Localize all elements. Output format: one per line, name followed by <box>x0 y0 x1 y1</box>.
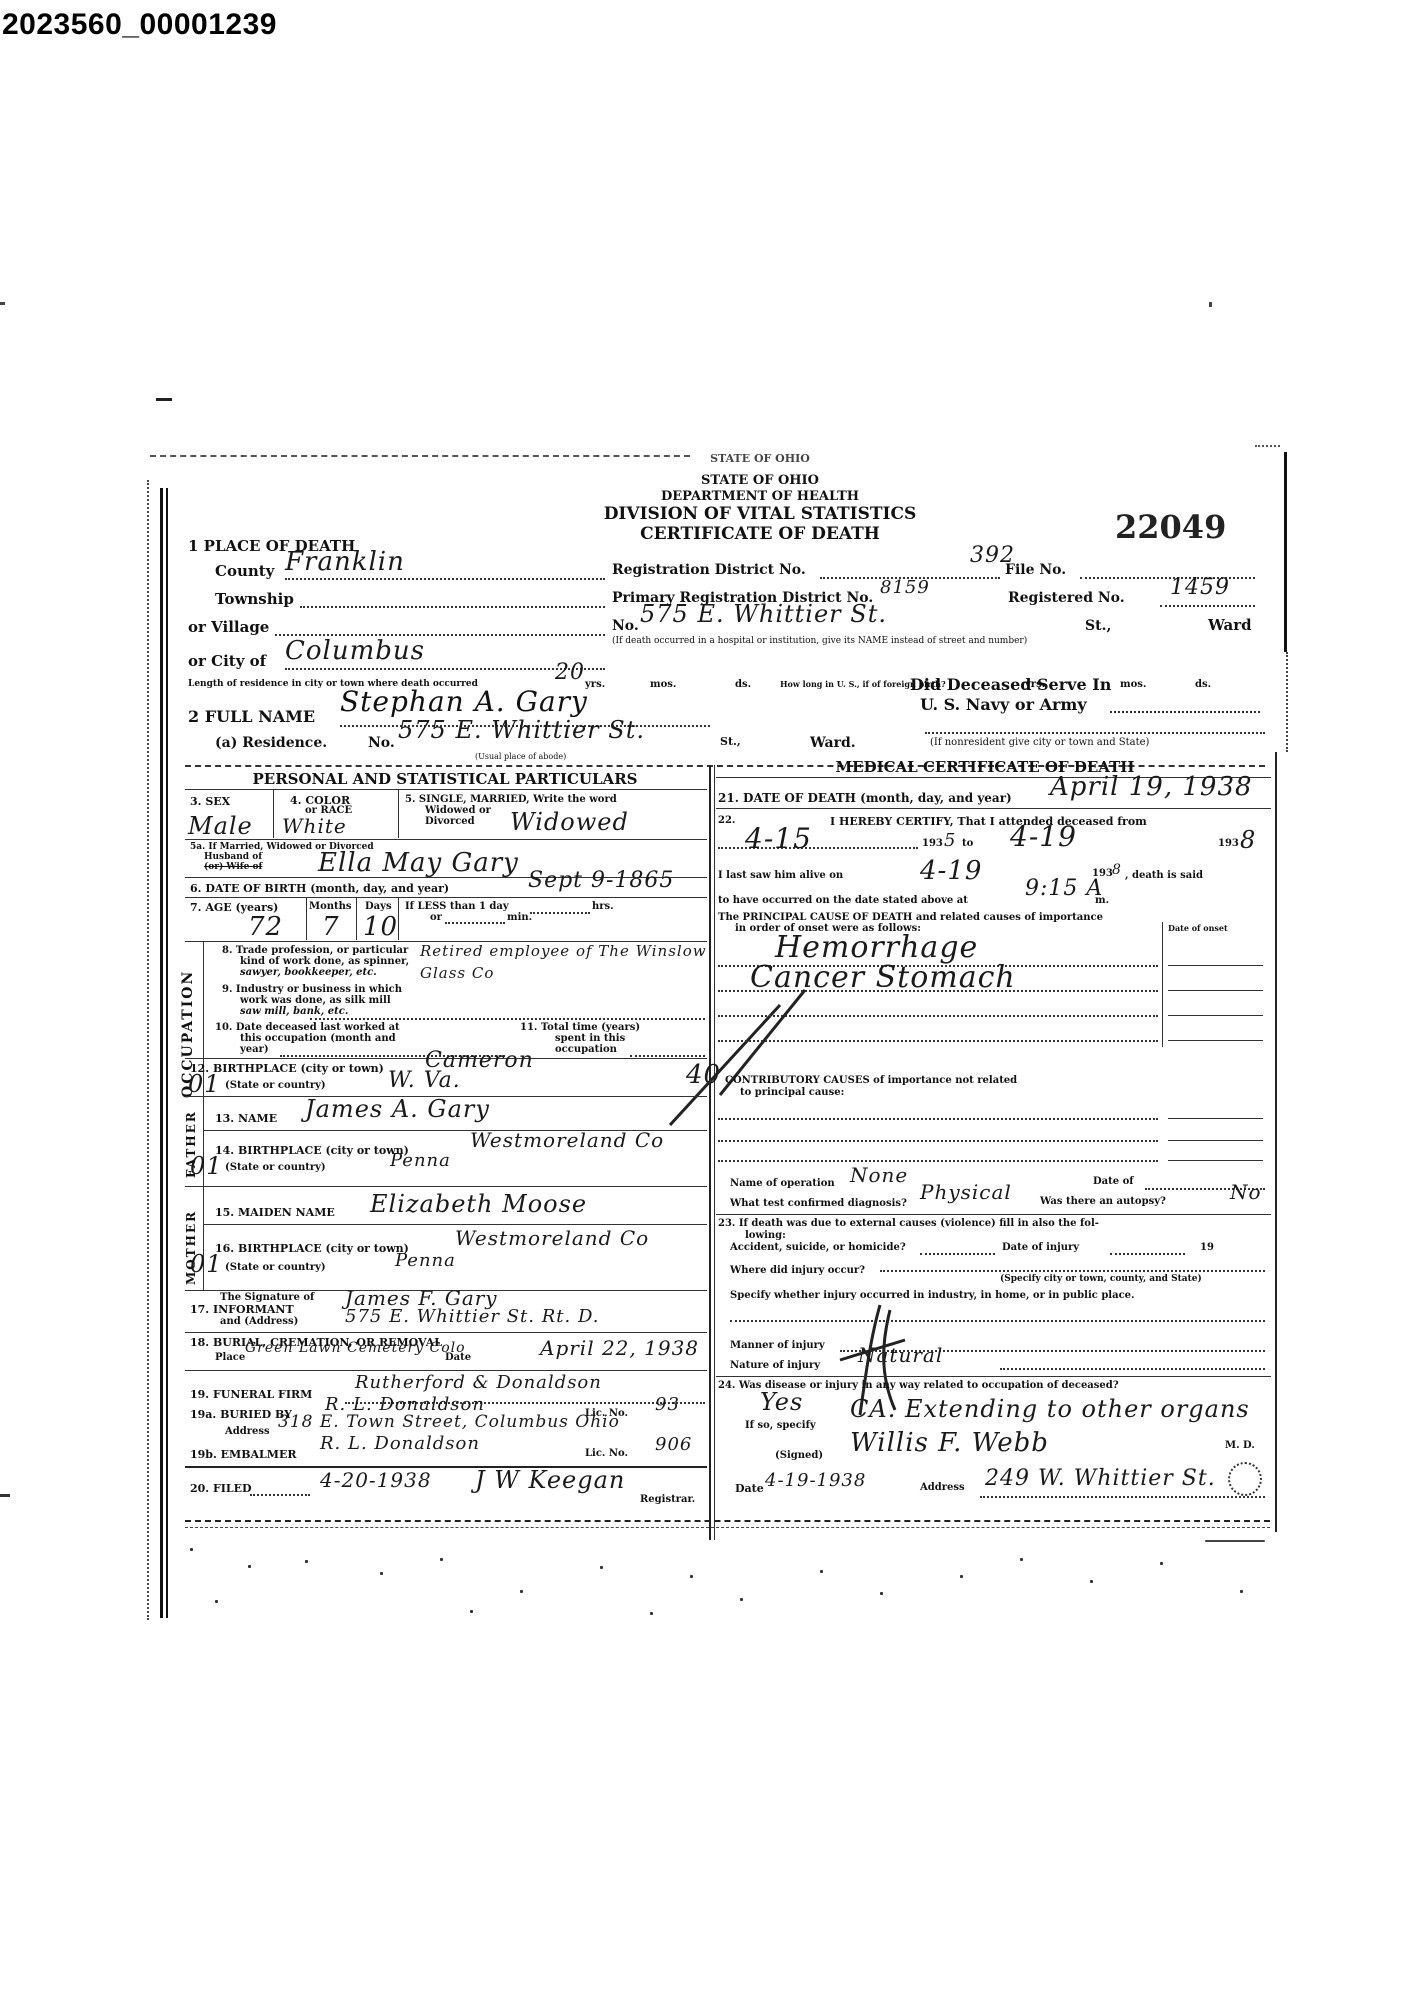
registered-no-value: 1459 <box>1170 575 1230 600</box>
or-label: or <box>430 912 442 923</box>
total-time-label-2: spent in this <box>555 1033 625 1044</box>
county-value: Franklin <box>285 547 405 577</box>
attended-to-year: 8 <box>1240 826 1256 854</box>
certificate-number: 22049 <box>1115 508 1226 546</box>
where-note: (Specify city or town, county, and State… <box>1000 1274 1202 1284</box>
registered-no-dots <box>1160 605 1255 607</box>
hospital-note: (If death occurred in a hospital or inst… <box>612 636 1027 646</box>
injury-year-label: 19 <box>1200 1242 1214 1253</box>
onset-line-2 <box>1168 990 1263 991</box>
attended-from-year: 5 <box>944 830 956 851</box>
left-border-inner <box>166 488 168 1618</box>
marital-label-1: 5. SINGLE, MARRIED, Write the word <box>405 794 617 805</box>
column-divider-inner <box>714 765 715 1540</box>
mother-birthplace-state-label: (State or country) <box>225 1262 326 1273</box>
county-label: County <box>215 562 274 580</box>
dod-value: April 19, 1938 <box>1050 772 1253 802</box>
informant-label-1: The Signature of <box>220 1292 314 1303</box>
buried-by-label: 19a. BURIED BY <box>190 1408 292 1421</box>
autopsy-value: No <box>1230 1180 1262 1204</box>
residence-label: (a) Residence. <box>215 735 327 751</box>
burial-place-value: Green Lawn Cemetery Colo <box>245 1340 466 1356</box>
mother-birthplace-state-value: Penna <box>395 1250 456 1271</box>
onset-line-4 <box>1168 1040 1263 1041</box>
contributory-dots-1 <box>718 1118 1158 1120</box>
color-divider <box>398 790 399 838</box>
ward-label: Ward <box>1208 616 1252 634</box>
test-value: Physical <box>920 1180 1012 1204</box>
contributory-dots-2 <box>718 1140 1158 1142</box>
length-of-residence-value: 20 <box>555 660 585 685</box>
last-worked-label-3: year) <box>240 1044 269 1055</box>
cause-dots-3 <box>718 1015 1158 1017</box>
address-dots <box>980 1496 1265 1498</box>
sex-label: 3. SEX <box>190 795 230 808</box>
embalmer-lic-label: Lic. No. <box>585 1448 628 1459</box>
specify-so-label: If so, specify <box>745 1420 816 1431</box>
months-label: Months <box>309 901 352 912</box>
external-label-1: 23. If death was due to external causes … <box>718 1218 1099 1229</box>
specify-label: Specify whether injury occurred in indus… <box>730 1290 1135 1301</box>
scan-mark <box>0 1494 10 1497</box>
marital-label-2: Widowed or <box>425 805 491 816</box>
industry-label-3: saw mill, bank, etc. <box>240 1006 348 1017</box>
row-rule-3 <box>185 897 707 898</box>
ds-label: ds. <box>735 679 751 690</box>
township-label: Township <box>215 590 294 608</box>
where-label: Where did injury occur? <box>730 1265 865 1276</box>
top-stamp: STATE OF OHIO <box>660 452 860 465</box>
bottom-rule-2 <box>185 1527 1270 1528</box>
mother-name-label: 15. MAIDEN NAME <box>215 1206 335 1219</box>
nonresident-dots <box>925 732 1265 734</box>
buried-address-label: Address <box>225 1426 270 1437</box>
hrs-dots <box>530 912 590 914</box>
full-name-label: 2 FULL NAME <box>188 707 315 726</box>
funeral-firm-value: Rutherford & Donaldson <box>355 1372 602 1393</box>
bottom-rule <box>185 1520 1270 1522</box>
sex-divider <box>273 790 274 838</box>
last-worked-label-1: 10. Date deceased last worked at <box>215 1022 400 1033</box>
medical-rule-2 <box>716 1214 1271 1215</box>
total-time-label-3: occupation <box>555 1044 617 1055</box>
contributory-onset-3 <box>1168 1160 1263 1161</box>
header-state: STATE OF OHIO <box>660 473 860 488</box>
top-border-right <box>1255 445 1280 447</box>
marital-label-3: Divorced <box>425 816 475 827</box>
dod-label: 21. DATE OF DEATH (month, day, and year) <box>718 791 1012 805</box>
industry-label-2: work was done, as silk mill <box>240 995 391 1006</box>
birthplace-state-label: (State or country) <box>225 1080 326 1091</box>
mother-birthplace-label: 16. BIRTHPLACE (city or town) <box>215 1242 409 1255</box>
accident-label: Accident, suicide, or homicide? <box>730 1242 906 1253</box>
year-label-2: 193 <box>1218 838 1239 849</box>
specify-so-value: CA. Extending to other organs <box>850 1395 1250 1423</box>
operation-label: Name of operation <box>730 1178 835 1189</box>
certify-label: I HEREBY CERTIFY, That I attended deceas… <box>830 815 1147 828</box>
mother-birthplace-city-value: Westmoreland Co <box>455 1226 649 1250</box>
header-division: DIVISION OF VITAL STATISTICS <box>560 504 960 524</box>
scan-mark <box>1209 302 1212 307</box>
accident-dots <box>920 1253 995 1255</box>
father-code: 01 <box>190 1152 223 1180</box>
filed-label: 20. FILED <box>190 1482 252 1495</box>
personal-header-rule <box>185 789 707 790</box>
right-border-body <box>1275 752 1277 1532</box>
min-dots <box>445 922 505 924</box>
where-dots <box>880 1270 1265 1272</box>
trade-value: Retired employee of The Winslow Glass Co <box>420 940 710 984</box>
specify-dots <box>730 1320 1265 1322</box>
medical-rule-3 <box>716 1376 1271 1377</box>
nonresident-note: (If nonresident give city or town and St… <box>930 737 1149 748</box>
spouse-label-2: Husband of <box>204 852 262 862</box>
burial-date-label: Date <box>445 1352 471 1363</box>
military-label-1: Did Deceased Serve In <box>910 675 1111 694</box>
cause-dots-4 <box>718 1040 1158 1042</box>
operation-value: None <box>850 1163 908 1187</box>
marital-value: Widowed <box>510 808 629 836</box>
min-label: min. <box>507 912 532 923</box>
year-label-1: 193 <box>922 838 943 849</box>
row-rule-1 <box>185 839 707 840</box>
last-worked-label-2: this occupation (month and <box>240 1033 396 1044</box>
document-id: 2023560_00001239 <box>2 8 277 42</box>
age-months-value: 7 <box>322 912 340 942</box>
scan-mark <box>0 302 5 305</box>
top-border <box>150 455 690 457</box>
registered-no-label: Registered No. <box>1008 590 1125 606</box>
informant-label-2: 17. INFORMANT <box>190 1303 294 1316</box>
medical-rule-1 <box>716 808 1271 809</box>
onset-column-divider <box>1162 922 1163 1047</box>
filed-date-value: 4-20-1938 <box>320 1468 432 1492</box>
sex-value: Male <box>188 812 253 840</box>
nature-label: Nature of injury <box>730 1360 820 1371</box>
medical-address-label: Address <box>920 1482 965 1493</box>
external-label-2: lowing: <box>745 1230 786 1241</box>
medical-address-value: 249 W. Whittier St. <box>985 1466 1216 1491</box>
birthplace-code: 01 <box>188 1070 221 1098</box>
birthplace-state-value: W. Va. <box>388 1068 461 1093</box>
filed-dots <box>250 1494 310 1496</box>
autopsy-label: Was there an autopsy? <box>1040 1196 1166 1207</box>
street-no-label: No. <box>612 618 639 634</box>
military-dots <box>1110 711 1260 713</box>
registrar-signature: J W Keegan <box>475 1466 625 1494</box>
injury-date-dots <box>1110 1253 1185 1255</box>
age-days-value: 10 <box>363 912 398 942</box>
industry-dots <box>310 1018 705 1020</box>
signed-date-value: 4-19-1938 <box>765 1470 866 1491</box>
age-divider-3 <box>398 898 399 940</box>
occupation-related-value: Yes <box>760 1388 803 1416</box>
row-rule-13 <box>185 1466 707 1468</box>
contributory-onset-2 <box>1168 1140 1263 1141</box>
cause-label-1: The PRINCIPAL CAUSE OF DEATH and related… <box>718 912 1103 923</box>
time-value: 9:15 A <box>1025 876 1103 901</box>
certify-num: 22. <box>718 815 735 826</box>
header-department: DEPARTMENT OF HEALTH <box>620 489 900 504</box>
signed-label: (Signed) <box>775 1450 823 1461</box>
nature-dots <box>1000 1368 1265 1370</box>
attended-to-value: 4-19 <box>1010 820 1077 853</box>
village-label: or Village <box>188 618 269 636</box>
left-border <box>160 488 163 1618</box>
age-years-value: 72 <box>248 912 283 942</box>
st-label: St., <box>1085 618 1111 634</box>
handwritten-slash <box>660 985 810 1135</box>
m-label: m. <box>1095 895 1109 906</box>
personal-header: PERSONAL AND STATISTICAL PARTICULARS <box>185 770 705 788</box>
trade-label-3: sawyer, bookkeeper, etc. <box>240 967 377 978</box>
buried-by-lic-value: 93 <box>655 1394 680 1415</box>
row-rule-12 <box>185 1370 707 1371</box>
file-no-label: File No. <box>1005 562 1066 578</box>
buried-address-value: 318 E. Town Street, Columbus Ohio <box>278 1412 620 1432</box>
injury-date-label: Date of injury <box>1002 1242 1079 1253</box>
funeral-firm-label: 19. FUNERAL FIRM <box>190 1388 312 1401</box>
right-border-lower <box>1286 652 1288 752</box>
embalmer-lic-value: 906 <box>655 1434 692 1455</box>
right-border <box>1284 452 1287 652</box>
color-value: White <box>282 814 347 838</box>
full-name-value: Stephan A. Gary <box>340 685 588 718</box>
test-label: What test confirmed diagnosis? <box>730 1198 907 1209</box>
trade-label-2: kind of work done, as spinner, <box>240 956 409 967</box>
onset-header: Date of onset <box>1168 923 1228 933</box>
last-saw-label: I last saw him alive on <box>718 870 843 881</box>
attended-from-value: 4-15 <box>745 822 812 855</box>
city-label: or City of <box>188 652 266 670</box>
mother-code: 01 <box>190 1250 223 1278</box>
mos-label: mos. <box>650 679 676 690</box>
last-saw-value: 4-19 <box>920 856 982 886</box>
contributory-dots-3 <box>718 1160 1158 1162</box>
military-label-2: U. S. Navy or Army <box>920 695 1087 714</box>
operation-date-label: Date of <box>1093 1176 1134 1187</box>
contributory-label-2: to principal cause: <box>740 1087 844 1098</box>
contributory-label-1: CONTRIBUTORY CAUSES of importance not re… <box>725 1075 1017 1086</box>
residence-value: 575 E. Whittier St. <box>398 716 645 744</box>
registrar-label: Registrar. <box>640 1494 695 1505</box>
embalmer-label: 19b. EMBALMER <box>190 1448 297 1461</box>
onset-line-1 <box>1168 965 1263 966</box>
father-name-value: James A. Gary <box>305 1095 490 1123</box>
total-time-label-1: 11. Total time (years) <box>520 1022 640 1033</box>
dob-label: 6. DATE OF BIRTH (month, day, and year) <box>190 882 449 895</box>
residence-st-label: St., <box>720 735 741 748</box>
burial-date-value: April 22, 1938 <box>540 1336 699 1360</box>
hrs-label: hrs. <box>592 901 614 912</box>
dob-value: Sept 9-1865 <box>528 868 674 893</box>
father-name-label: 13. NAME <box>215 1112 277 1125</box>
father-birthplace-state-value: Penna <box>390 1150 451 1171</box>
age-divider-1 <box>306 898 307 940</box>
contributory-onset-1 <box>1168 1118 1263 1119</box>
yrs-label: yrs. <box>585 679 605 690</box>
township-dots <box>300 606 605 608</box>
less-than-day-label: If LESS than 1 day <box>405 901 509 912</box>
primary-registration-value: 8159 <box>880 577 930 598</box>
informant-label-3: and (Address) <box>220 1316 298 1327</box>
scan-mark <box>156 398 172 401</box>
days-label: Days <box>365 901 392 912</box>
mother-name-value: Elizabeth Moose <box>370 1190 587 1218</box>
occurred-label: to have occurred on the date stated abov… <box>718 895 968 906</box>
last-saw-year: 8 <box>1112 862 1122 878</box>
father-birthplace-city-value: Westmoreland Co <box>470 1128 664 1152</box>
city-value: Columbus <box>285 636 425 666</box>
embalmer-value: R. L. Donaldson <box>320 1433 480 1454</box>
physician-seal-icon <box>1228 1462 1262 1496</box>
usual-place-note: (Usual place of abode) <box>475 752 566 761</box>
registration-district-label: Registration District No. <box>612 562 806 578</box>
cause-dots-2 <box>718 990 1158 992</box>
spouse-value: Ella May Gary <box>318 848 519 878</box>
father-birthplace-label: 14. BIRTHPLACE (city or town) <box>215 1144 409 1157</box>
residence-no-label: No. <box>368 735 395 751</box>
manner-label: Manner of injury <box>730 1340 825 1351</box>
age-divider-2 <box>356 898 357 940</box>
row-rule-8 <box>185 1186 707 1187</box>
onset-line-3 <box>1168 1015 1263 1016</box>
md-label: M. D. <box>1225 1440 1255 1451</box>
row-rule-9 <box>203 1224 707 1225</box>
father-birthplace-state-label: (State or country) <box>225 1162 326 1173</box>
row-rule-11 <box>185 1332 707 1333</box>
street-value: 575 E. Whittier St. <box>640 600 887 628</box>
left-border-scan <box>147 480 149 1620</box>
to-label: to <box>962 838 973 849</box>
header-title: CERTIFICATE OF DEATH <box>590 524 930 544</box>
industry-label-1: 9. Industry or business in which <box>222 984 402 995</box>
date-label: Date <box>735 1482 764 1495</box>
column-divider <box>709 765 711 1540</box>
trade-label-1: 8. Trade profession, or particular <box>222 945 408 956</box>
burial-place-label: Place <box>215 1352 245 1363</box>
foreign-mos-label: mos. <box>1120 679 1146 690</box>
spouse-label-3: (or) Wife of <box>204 862 262 872</box>
foreign-ds-label: ds. <box>1195 679 1211 690</box>
residence-ward-label: Ward. <box>810 735 856 751</box>
signed-value: Willis F. Webb <box>850 1428 1049 1458</box>
death-said-label: , death is said <box>1125 870 1203 881</box>
county-dots <box>285 578 605 580</box>
informant-address-value: 575 E. Whittier St. Rt. D. <box>345 1306 599 1327</box>
